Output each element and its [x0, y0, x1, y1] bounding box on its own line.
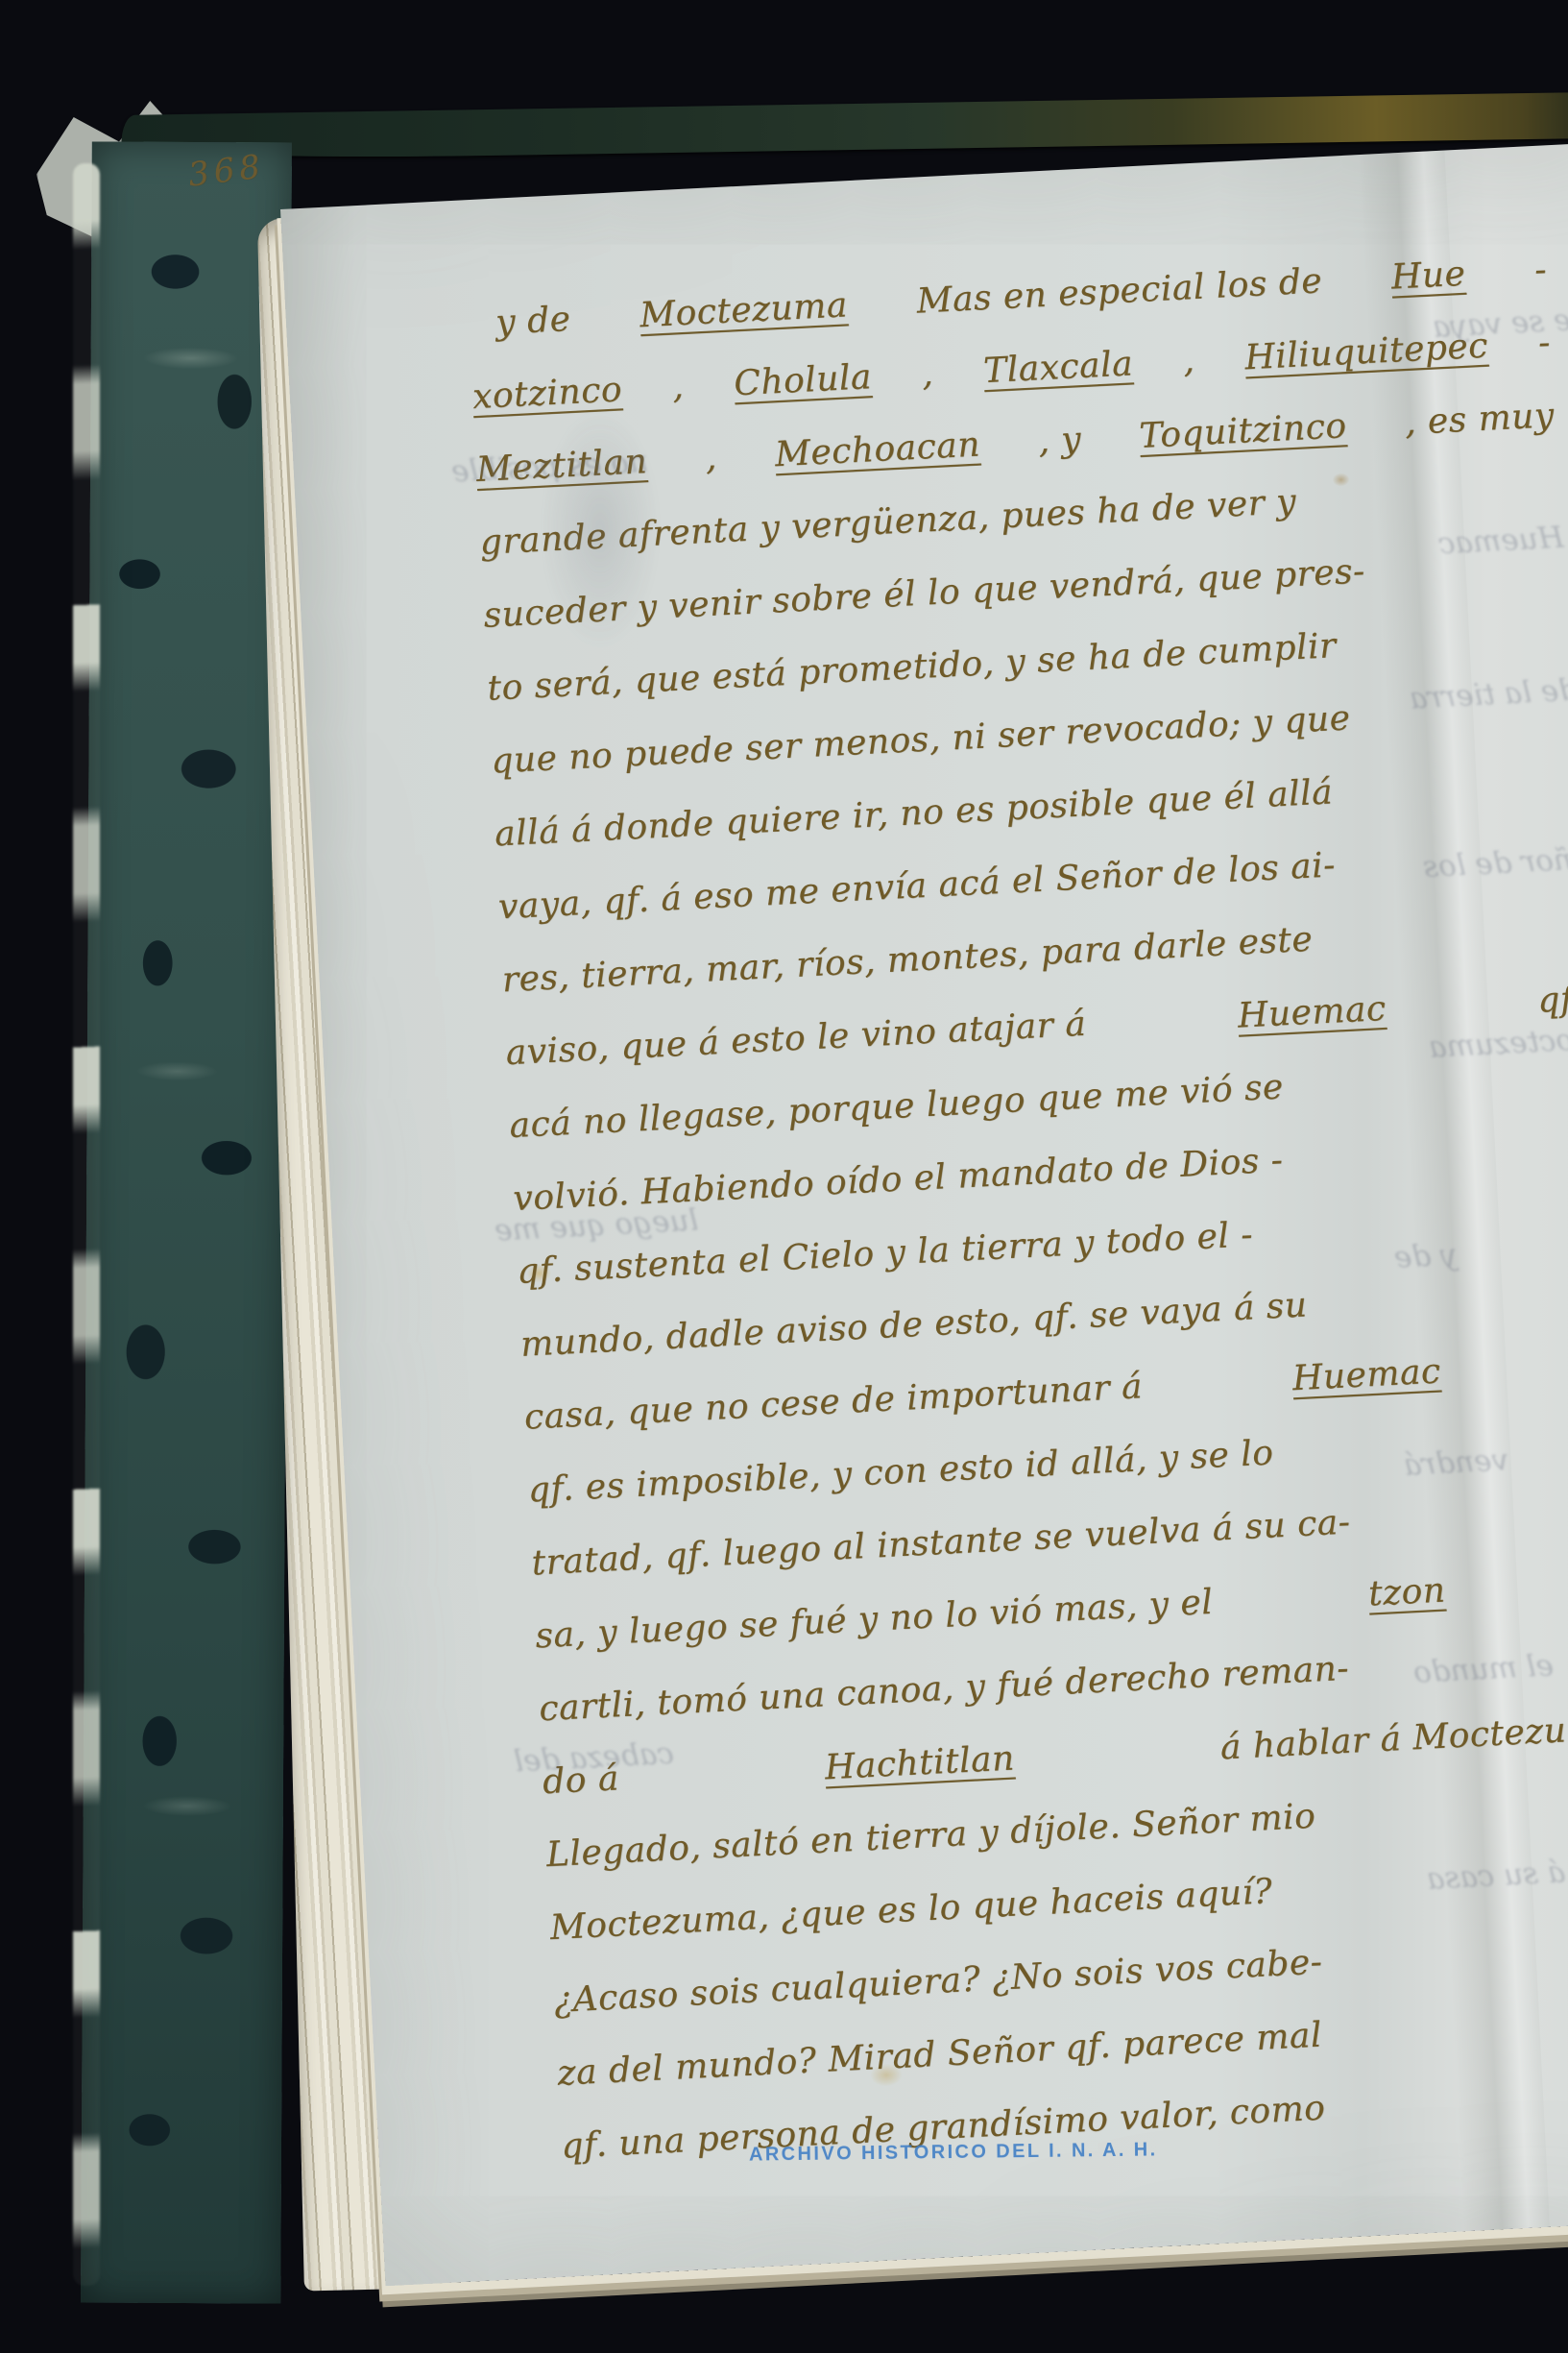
book-cover-top-edge [121, 92, 1568, 161]
manuscript-word: , [1181, 325, 1196, 399]
manuscript-word: - [1532, 233, 1549, 307]
underlined-word: Huemac [1236, 973, 1387, 1054]
underlined-word: Toquitzinco [1138, 390, 1349, 473]
manuscript-word: , [920, 338, 935, 412]
underlined-word: Hue [1389, 238, 1467, 315]
underlined-word: Tlaxcala [981, 327, 1135, 408]
photograph-of-manuscript-page: y de Moctezuma Mas en especial los de Hu… [0, 0, 1568, 2353]
underlined-word: Hiliuquitepec [1243, 310, 1490, 396]
manuscript-word: , [704, 422, 719, 496]
manuscript-word: qf. [1535, 962, 1568, 1037]
manuscript-word: y de [494, 283, 572, 360]
manuscript-word: do á [541, 1742, 620, 1819]
manuscript-word: , [670, 351, 686, 425]
underlined-word: Huemac [1291, 1335, 1442, 1416]
manuscript-leaf: y de Moctezuma Mas en especial los de Hu… [280, 138, 1568, 2286]
manuscript-word: - [1536, 306, 1553, 380]
underlined-word: Cholula [732, 341, 873, 421]
underlined-word: Moctezuma [638, 269, 849, 352]
pencil-smudge [538, 403, 663, 653]
underlined-word: Mechoacan [773, 408, 982, 492]
underlined-word: Hachtitlan [823, 1722, 1016, 1805]
manuscript-word: , es muy [1403, 379, 1556, 460]
worn-cover-edge-flecks [73, 163, 100, 2286]
manuscript-word: , y [1036, 403, 1083, 478]
underlined-word: tzon [1366, 1555, 1447, 1632]
marbled-cover-edge [81, 141, 292, 2303]
